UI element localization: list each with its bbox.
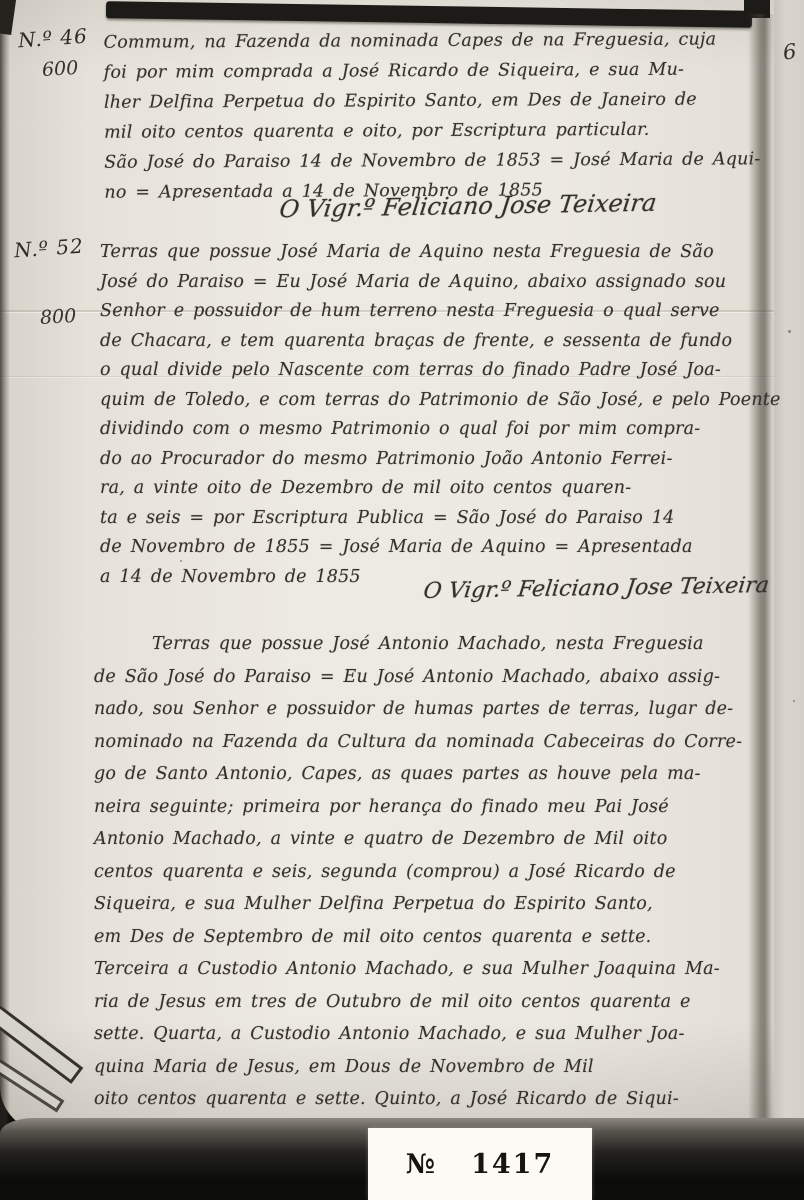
- manuscript-line: de Chacara, e tem quarenta braças de fre…: [100, 327, 764, 357]
- manuscript-line: quim de Toledo, e com terras do Patrimon…: [100, 386, 764, 416]
- entry-2-margin-fee: 800: [39, 305, 76, 329]
- manuscript-line: o qual divide pelo Nascente com terras d…: [100, 356, 764, 386]
- manuscript-line: lher Delfina Perpetua do Espirito Santo,…: [104, 84, 764, 117]
- manuscript-line: ta e seis = por Escriptura Publica = São…: [100, 504, 764, 534]
- manuscript-line: ria de Jesus em tres de Outubro de mil o…: [94, 986, 762, 1019]
- entry-1-text: Commum, na Fazenda da nominada Capes de …: [104, 24, 765, 207]
- manuscript-line: São José do Paraiso 14 de Novembro de 18…: [104, 144, 764, 177]
- manuscript-line: Terras que possue José Maria de Aquino n…: [100, 238, 764, 268]
- manuscript-line: de São José do Paraiso = Eu José Antonio…: [94, 661, 762, 694]
- manuscript-line: do ao Procurador do mesmo Patrimonio Joã…: [100, 445, 764, 475]
- page-number-stamp: № 1417: [368, 1128, 592, 1200]
- manuscript-line: José do Paraiso = Eu José Maria de Aquin…: [100, 268, 764, 298]
- scan-speck: [793, 700, 795, 702]
- manuscript-line: go de Santo Antonio, Capes, as quaes par…: [94, 758, 762, 791]
- entry-1-margin-fee: 600: [41, 57, 78, 81]
- manuscript-line: em Des de Septembro de mil oito centos q…: [94, 921, 762, 954]
- manuscript-line: nado, sou Senhor e possuidor de humas pa…: [94, 693, 762, 726]
- manuscript-line: foi por mim comprada a José Ricardo de S…: [104, 54, 764, 87]
- entry-3-text: Terras que possue José Antonio Machado, …: [94, 628, 762, 1116]
- numero-sign: №: [406, 1149, 437, 1180]
- manuscript-line: de Novembro de 1855 = José Maria de Aqui…: [100, 533, 764, 563]
- manuscript-line: quina Maria de Jesus, em Dous de Novembr…: [94, 1051, 762, 1084]
- entry-1-margin-number: N.º 46: [17, 24, 88, 53]
- manuscript-line: nominado na Fazenda da Cultura da nomina…: [94, 726, 762, 759]
- manuscript-line: neira seguinte; primeira por herança do …: [94, 791, 762, 824]
- entry-2-margin-number: N.º 52: [13, 234, 84, 263]
- manuscript-line: Terceira a Custodio Antonio Machado, e s…: [94, 953, 762, 986]
- adjacent-page-mark: 6: [782, 39, 798, 64]
- scan-left-edge-shadow: [0, 0, 10, 1132]
- scanned-register-page: 6 N.º 46 600 Commum, na Fazenda da nomin…: [0, 0, 804, 1200]
- manuscript-line: oito centos quarenta e sette. Quinto, a …: [94, 1083, 762, 1116]
- manuscript-line: Terras que possue José Antonio Machado, …: [94, 628, 762, 661]
- manuscript-line: centos quarenta e seis, segunda (comprou…: [94, 856, 762, 889]
- manuscript-line: dividindo com o mesmo Patrimonio o qual …: [100, 415, 764, 445]
- manuscript-line: ra, a vinte oito de Dezembro de mil oito…: [100, 474, 764, 504]
- manuscript-line: mil oito centos quarenta e oito, por Esc…: [104, 114, 764, 147]
- scan-speck: [180, 560, 182, 562]
- manuscript-line: Senhor e possuidor de hum terreno nesta …: [100, 297, 764, 327]
- manuscript-line: sette. Quarta, a Custodio Antonio Machad…: [94, 1018, 762, 1051]
- manuscript-line: Commum, na Fazenda da nominada Capes de …: [104, 24, 764, 57]
- manuscript-line: Antonio Machado, a vinte e quatro de Dez…: [94, 823, 762, 856]
- entry-2-text: Terras que possue José Maria de Aquino n…: [100, 238, 764, 592]
- stamp-number: 1417: [471, 1149, 554, 1180]
- scan-speck: [788, 330, 791, 333]
- manuscript-line: Siqueira, e sua Mulher Delfina Perpetua …: [94, 888, 762, 921]
- adjacent-page-strip: [774, 0, 804, 1132]
